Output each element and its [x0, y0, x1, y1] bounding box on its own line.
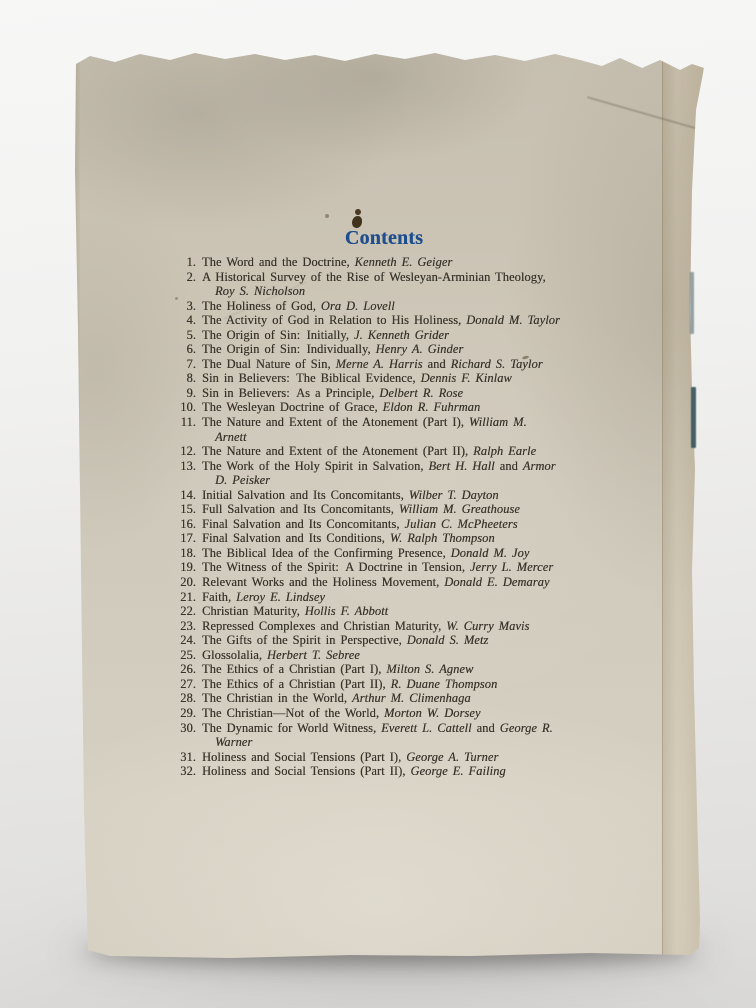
toc-entry: 24.The Gifts of the Spirit in Perspectiv… [170, 633, 640, 648]
toc-entry-text: The Christian in the World, Arthur M. Cl… [202, 691, 640, 706]
toc-chapter-title: The Nature and Extent of the Atonement (… [202, 415, 469, 429]
toc-entry-text: Sin in Believers: The Biblical Evidence,… [202, 371, 640, 386]
toc-entry: 11.The Nature and Extent of the Atonemen… [170, 415, 640, 444]
toc-author: Armor [523, 459, 556, 473]
cover-peek [690, 272, 694, 334]
toc-entry-number: 19. [170, 560, 196, 575]
toc-entry: 26.The Ethics of a Christian (Part I), M… [170, 662, 640, 677]
toc-entry-number: 28. [170, 691, 196, 706]
toc-author: Bert H. Hall [428, 459, 494, 473]
ink-stain [325, 214, 329, 218]
toc-entry: 14.Initial Salvation and Its Concomitant… [170, 488, 640, 503]
toc-entry-line: Roy S. Nicholson [202, 284, 640, 299]
toc-entry-line: Final Salvation and Its Concomitants, Ju… [202, 517, 640, 532]
toc-entry: 23.Repressed Complexes and Christian Mat… [170, 619, 640, 634]
toc-chapter-title: The Holiness of God, [202, 299, 321, 313]
toc-entry-text: A Historical Survey of the Rise of Wesle… [202, 270, 640, 299]
toc-entry-number: 14. [170, 488, 196, 503]
toc-chapter-title: The Word and the Doctrine, [202, 255, 355, 269]
toc-entry-number: 23. [170, 619, 196, 634]
toc-chapter-title: Sin in Believers: As a Principle, [202, 386, 379, 400]
photo-stage: Contents 1.The Word and the Doctrine, Ke… [0, 0, 756, 1008]
toc-entry: 7.The Dual Nature of Sin, Merne A. Harri… [170, 357, 640, 372]
toc-entry-line: Repressed Complexes and Christian Maturi… [202, 619, 640, 634]
toc-entry-line: The Dynamic for World Witness, Everett L… [202, 721, 640, 736]
toc-entry-text: The Christian—Not of the World, Morton W… [202, 706, 640, 721]
toc-chapter-title: The Witness of the Spirit: A Doctrine in… [202, 560, 470, 574]
toc-entry: 28.The Christian in the World, Arthur M.… [170, 691, 640, 706]
toc-chapter-title: Sin in Believers: The Biblical Evidence, [202, 371, 421, 385]
toc-entry: 29.The Christian—Not of the World, Morto… [170, 706, 640, 721]
toc-chapter-title: The Dynamic for World Witness, [202, 721, 381, 735]
toc-entry: 10.The Wesleyan Doctrine of Grace, Eldon… [170, 400, 640, 415]
toc-entry-number: 17. [170, 531, 196, 546]
toc-chapter-title: A Historical Survey of the Rise of Wesle… [202, 270, 546, 284]
toc-entry-line: The Work of the Holy Spirit in Salvation… [202, 459, 640, 474]
toc-chapter-title: and [472, 721, 500, 735]
toc-entry-line: The Ethics of a Christian (Part II), R. … [202, 677, 640, 692]
toc-chapter-title: Faith, [202, 590, 236, 604]
toc-entry-text: The Holiness of God, Ora D. Lovell [202, 299, 640, 314]
toc-entry-number: 27. [170, 677, 196, 692]
toc-author: Eldon R. Fuhrman [383, 400, 481, 414]
toc-chapter-title: Glossolalia, [202, 648, 267, 662]
toc-entry-line: The Dual Nature of Sin, Merne A. Harris … [202, 357, 640, 372]
toc-entry-line: Relevant Works and the Holiness Movement… [202, 575, 640, 590]
toc-entry-text: Holiness and Social Tensions (Part I), G… [202, 750, 640, 765]
toc-author: Kenneth E. Geiger [355, 255, 453, 269]
toc-author: Ora D. Lovell [321, 299, 395, 313]
toc-entry-line: Final Salvation and Its Conditions, W. R… [202, 531, 640, 546]
toc-entry-text: The Origin of Sin: Individually, Henry A… [202, 342, 640, 357]
toc-chapter-title: and [495, 459, 523, 473]
toc-entry-line: Warner [202, 735, 640, 750]
toc-author: Donald M. Taylor [466, 313, 560, 327]
toc-author: Arthur M. Climenhaga [352, 691, 471, 705]
toc-entry-text: The Dynamic for World Witness, Everett L… [202, 721, 640, 750]
toc-entry-number: 1. [170, 255, 196, 270]
toc-author: Hollis F. Abbott [305, 604, 388, 618]
toc-entry-line: The Christian in the World, Arthur M. Cl… [202, 691, 640, 706]
toc-entry-number: 11. [170, 415, 196, 430]
toc-chapter-title: Full Salvation and Its Concomitants, [202, 502, 399, 516]
toc-entry: 25.Glossolalia, Herbert T. Sebree [170, 648, 640, 663]
toc-entry-line: Holiness and Social Tensions (Part I), G… [202, 750, 640, 765]
toc-entry-text: Glossolalia, Herbert T. Sebree [202, 648, 640, 663]
toc-entry-number: 10. [170, 400, 196, 415]
toc-author: Henry A. Ginder [376, 342, 464, 356]
toc-entry-number: 4. [170, 313, 196, 328]
toc-entry-text: Relevant Works and the Holiness Movement… [202, 575, 640, 590]
toc-chapter-title: and [423, 357, 451, 371]
toc-author: Jerry L. Mercer [470, 560, 553, 574]
toc-entry-text: The Ethics of a Christian (Part II), R. … [202, 677, 640, 692]
toc-entry-text: Repressed Complexes and Christian Maturi… [202, 619, 640, 634]
toc-author: George A. Turner [406, 750, 498, 764]
toc-entry: 22.Christian Maturity, Hollis F. Abbott [170, 604, 640, 619]
toc-entry-text: The Work of the Holy Spirit in Salvation… [202, 459, 640, 488]
toc-chapter-title: The Work of the Holy Spirit in Salvation… [202, 459, 428, 473]
toc-entry: 1.The Word and the Doctrine, Kenneth E. … [170, 255, 640, 270]
toc-chapter-title: Christian Maturity, [202, 604, 305, 618]
toc-entry-line: Initial Salvation and Its Concomitants, … [202, 488, 640, 503]
toc-entry-line: The Nature and Extent of the Atonement (… [202, 444, 640, 459]
toc-entry-text: The Activity of God in Relation to His H… [202, 313, 640, 328]
toc-entry-line: The Word and the Doctrine, Kenneth E. Ge… [202, 255, 640, 270]
toc-entry-number: 13. [170, 459, 196, 474]
toc-entry-line: The Holiness of God, Ora D. Lovell [202, 299, 640, 314]
toc-entry-number: 15. [170, 502, 196, 517]
toc-entry: 31.Holiness and Social Tensions (Part I)… [170, 750, 640, 765]
toc-entry: 5.The Origin of Sin: Initially, J. Kenne… [170, 328, 640, 343]
toc-chapter-title: Initial Salvation and Its Concomitants, [202, 488, 409, 502]
toc-author: Dennis F. Kinlaw [421, 371, 512, 385]
book-back-cover: Contents 1.The Word and the Doctrine, Ke… [70, 50, 710, 965]
toc-entry-number: 16. [170, 517, 196, 532]
toc-author: William M. Greathouse [399, 502, 520, 516]
toc-author: Wilber T. Dayton [409, 488, 499, 502]
toc-author: George R. [500, 721, 553, 735]
toc-entry-line: Faith, Leroy E. Lindsey [202, 590, 640, 605]
toc-entry-number: 29. [170, 706, 196, 721]
toc-author: W. Ralph Thompson [390, 531, 495, 545]
toc-entry-number: 20. [170, 575, 196, 590]
toc-author: Herbert T. Sebree [267, 648, 360, 662]
toc-entry-line: The Christian—Not of the World, Morton W… [202, 706, 640, 721]
toc-entry-text: Holiness and Social Tensions (Part II), … [202, 764, 640, 779]
toc-entry-text: Final Salvation and Its Conditions, W. R… [202, 531, 640, 546]
toc-entry: 4.The Activity of God in Relation to His… [170, 313, 640, 328]
toc-author: Richard S. Taylor [451, 357, 543, 371]
toc-author: Morton W. Dorsey [384, 706, 481, 720]
toc-entry: 13.The Work of the Holy Spirit in Salvat… [170, 459, 640, 488]
toc-entry-number: 9. [170, 386, 196, 401]
toc-author: D. Peisker [215, 473, 270, 487]
toc-author: Warner [215, 735, 252, 749]
toc-entry: 17.Final Salvation and Its Conditions, W… [170, 531, 640, 546]
toc-entry: 15.Full Salvation and Its Concomitants, … [170, 502, 640, 517]
toc-entry-text: The Nature and Extent of the Atonement (… [202, 415, 640, 444]
toc-author: Roy S. Nicholson [215, 284, 305, 298]
toc-entry-text: The Origin of Sin: Initially, J. Kenneth… [202, 328, 640, 343]
toc-entry-line: A Historical Survey of the Rise of Wesle… [202, 270, 640, 285]
toc-entry-number: 5. [170, 328, 196, 343]
toc-chapter-title: The Biblical Idea of the Confirming Pres… [202, 546, 451, 560]
toc-entry: 21.Faith, Leroy E. Lindsey [170, 590, 640, 605]
toc-list: 1.The Word and the Doctrine, Kenneth E. … [170, 255, 640, 779]
toc-entry-text: The Witness of the Spirit: A Doctrine in… [202, 560, 640, 575]
toc-chapter-title: The Gifts of the Spirit in Perspective, [202, 633, 407, 647]
toc-entry-text: Sin in Believers: As a Principle, Delber… [202, 386, 640, 401]
toc-author: George E. Failing [410, 764, 505, 778]
toc-author: Milton S. Agnew [386, 662, 473, 676]
toc-entry-text: The Ethics of a Christian (Part I), Milt… [202, 662, 640, 677]
toc-author: Donald S. Metz [407, 633, 489, 647]
toc-entry-number: 6. [170, 342, 196, 357]
toc-entry: 2.A Historical Survey of the Rise of Wes… [170, 270, 640, 299]
toc-entry-line: The Activity of God in Relation to His H… [202, 313, 640, 328]
toc-entry-text: Final Salvation and Its Concomitants, Ju… [202, 517, 640, 532]
toc-entry-text: The Wesleyan Doctrine of Grace, Eldon R.… [202, 400, 640, 415]
ink-stain [354, 208, 362, 216]
toc-entry-text: The Nature and Extent of the Atonement (… [202, 444, 640, 459]
toc-entry-number: 24. [170, 633, 196, 648]
toc-entry-line: The Biblical Idea of the Confirming Pres… [202, 546, 640, 561]
toc-author: Donald M. Joy [451, 546, 530, 560]
toc-chapter-title: Final Salvation and Its Concomitants, [202, 517, 404, 531]
toc-chapter-title: Holiness and Social Tensions (Part I), [202, 750, 406, 764]
toc-entry: 32.Holiness and Social Tensions (Part II… [170, 764, 640, 779]
toc-author: Merne A. Harris [336, 357, 423, 371]
contents-title: Contents [70, 227, 698, 250]
toc-entry-text: Christian Maturity, Hollis F. Abbott [202, 604, 640, 619]
toc-entry: 20.Relevant Works and the Holiness Movem… [170, 575, 640, 590]
toc-author: Julian C. McPheeters [404, 517, 517, 531]
toc-chapter-title: The Origin of Sin: Initially, [202, 328, 354, 342]
toc-entry-number: 32. [170, 764, 196, 779]
toc-entry-number: 2. [170, 270, 196, 285]
toc-entry-line: The Wesleyan Doctrine of Grace, Eldon R.… [202, 400, 640, 415]
toc-chapter-title: Repressed Complexes and Christian Maturi… [202, 619, 446, 633]
toc-entry-line: The Origin of Sin: Initially, J. Kenneth… [202, 328, 640, 343]
toc-entry: 18.The Biblical Idea of the Confirming P… [170, 546, 640, 561]
toc-chapter-title: The Wesleyan Doctrine of Grace, [202, 400, 383, 414]
toc-entry-line: The Ethics of a Christian (Part I), Milt… [202, 662, 640, 677]
toc-chapter-title: The Christian—Not of the World, [202, 706, 384, 720]
toc-entry-line: D. Peisker [202, 473, 640, 488]
toc-author: J. Kenneth Grider [354, 328, 449, 342]
toc-entry-number: 22. [170, 604, 196, 619]
toc-entry: 12.The Nature and Extent of the Atonemen… [170, 444, 640, 459]
toc-entry-number: 30. [170, 721, 196, 736]
toc-entry-number: 25. [170, 648, 196, 663]
toc-author: Donald E. Demaray [444, 575, 549, 589]
toc-entry: 30.The Dynamic for World Witness, Everet… [170, 721, 640, 750]
toc-entry-text: The Dual Nature of Sin, Merne A. Harris … [202, 357, 640, 372]
toc-author: Ralph Earle [473, 444, 536, 458]
toc-chapter-title: Final Salvation and Its Conditions, [202, 531, 390, 545]
toc-chapter-title: The Origin of Sin: Individually, [202, 342, 376, 356]
toc-entry-number: 21. [170, 590, 196, 605]
toc-entry-line: Christian Maturity, Hollis F. Abbott [202, 604, 640, 619]
toc-chapter-title: The Ethics of a Christian (Part I), [202, 662, 386, 676]
jacket-left-edge-wear [72, 60, 80, 957]
toc-chapter-title: The Christian in the World, [202, 691, 352, 705]
toc-entry-number: 18. [170, 546, 196, 561]
toc-chapter-title: The Activity of God in Relation to His H… [202, 313, 466, 327]
toc-chapter-title: The Nature and Extent of the Atonement (… [202, 444, 473, 458]
toc-entry: 19.The Witness of the Spirit: A Doctrine… [170, 560, 640, 575]
toc-author: R. Duane Thompson [391, 677, 498, 691]
toc-entry-text: Faith, Leroy E. Lindsey [202, 590, 640, 605]
toc-entry-line: The Gifts of the Spirit in Perspective, … [202, 633, 640, 648]
toc-chapter-title: Relevant Works and the Holiness Movement… [202, 575, 444, 589]
jacket-fold [662, 58, 703, 959]
toc-entry-line: Sin in Believers: As a Principle, Delber… [202, 386, 640, 401]
toc-entry-number: 12. [170, 444, 196, 459]
toc-entry-line: Full Salvation and Its Concomitants, Wil… [202, 502, 640, 517]
toc-entry: 16.Final Salvation and Its Concomitants,… [170, 517, 640, 532]
toc-author: W. Curry Mavis [446, 619, 529, 633]
toc-author: Delbert R. Rose [379, 386, 463, 400]
toc-entry-text: Initial Salvation and Its Concomitants, … [202, 488, 640, 503]
toc-entry-number: 31. [170, 750, 196, 765]
toc-entry-line: The Origin of Sin: Individually, Henry A… [202, 342, 640, 357]
toc-entry-number: 8. [170, 371, 196, 386]
toc-author: Arnett [215, 430, 247, 444]
toc-entry-text: Full Salvation and Its Concomitants, Wil… [202, 502, 640, 517]
toc-entry-text: The Biblical Idea of the Confirming Pres… [202, 546, 640, 561]
scuff-mark [587, 96, 705, 132]
toc-author: Leroy E. Lindsey [236, 590, 325, 604]
toc-entry: 9.Sin in Believers: As a Principle, Delb… [170, 386, 640, 401]
toc-entry-number: 26. [170, 662, 196, 677]
toc-entry-line: Sin in Believers: The Biblical Evidence,… [202, 371, 640, 386]
toc-author: Everett L. Cattell [381, 721, 472, 735]
toc-entry-text: The Gifts of the Spirit in Perspective, … [202, 633, 640, 648]
toc-entry-number: 3. [170, 299, 196, 314]
toc-entry: 6.The Origin of Sin: Individually, Henry… [170, 342, 640, 357]
toc-entry-text: The Word and the Doctrine, Kenneth E. Ge… [202, 255, 640, 270]
toc-entry-line: Arnett [202, 430, 640, 445]
toc-entry: 8.Sin in Believers: The Biblical Evidenc… [170, 371, 640, 386]
toc-entry-line: The Nature and Extent of the Atonement (… [202, 415, 640, 430]
cover-peek [691, 387, 696, 448]
toc-entry: 27.The Ethics of a Christian (Part II), … [170, 677, 640, 692]
toc-entry-line: The Witness of the Spirit: A Doctrine in… [202, 560, 640, 575]
toc-chapter-title: The Dual Nature of Sin, [202, 357, 336, 371]
toc-entry: 3.The Holiness of God, Ora D. Lovell [170, 299, 640, 314]
toc-entry-number: 7. [170, 357, 196, 372]
toc-author: William M. [469, 415, 527, 429]
toc-entry-line: Glossolalia, Herbert T. Sebree [202, 648, 640, 663]
toc-chapter-title: Holiness and Social Tensions (Part II), [202, 764, 410, 778]
toc-entry-line: Holiness and Social Tensions (Part II), … [202, 764, 640, 779]
toc-chapter-title: The Ethics of a Christian (Part II), [202, 677, 391, 691]
